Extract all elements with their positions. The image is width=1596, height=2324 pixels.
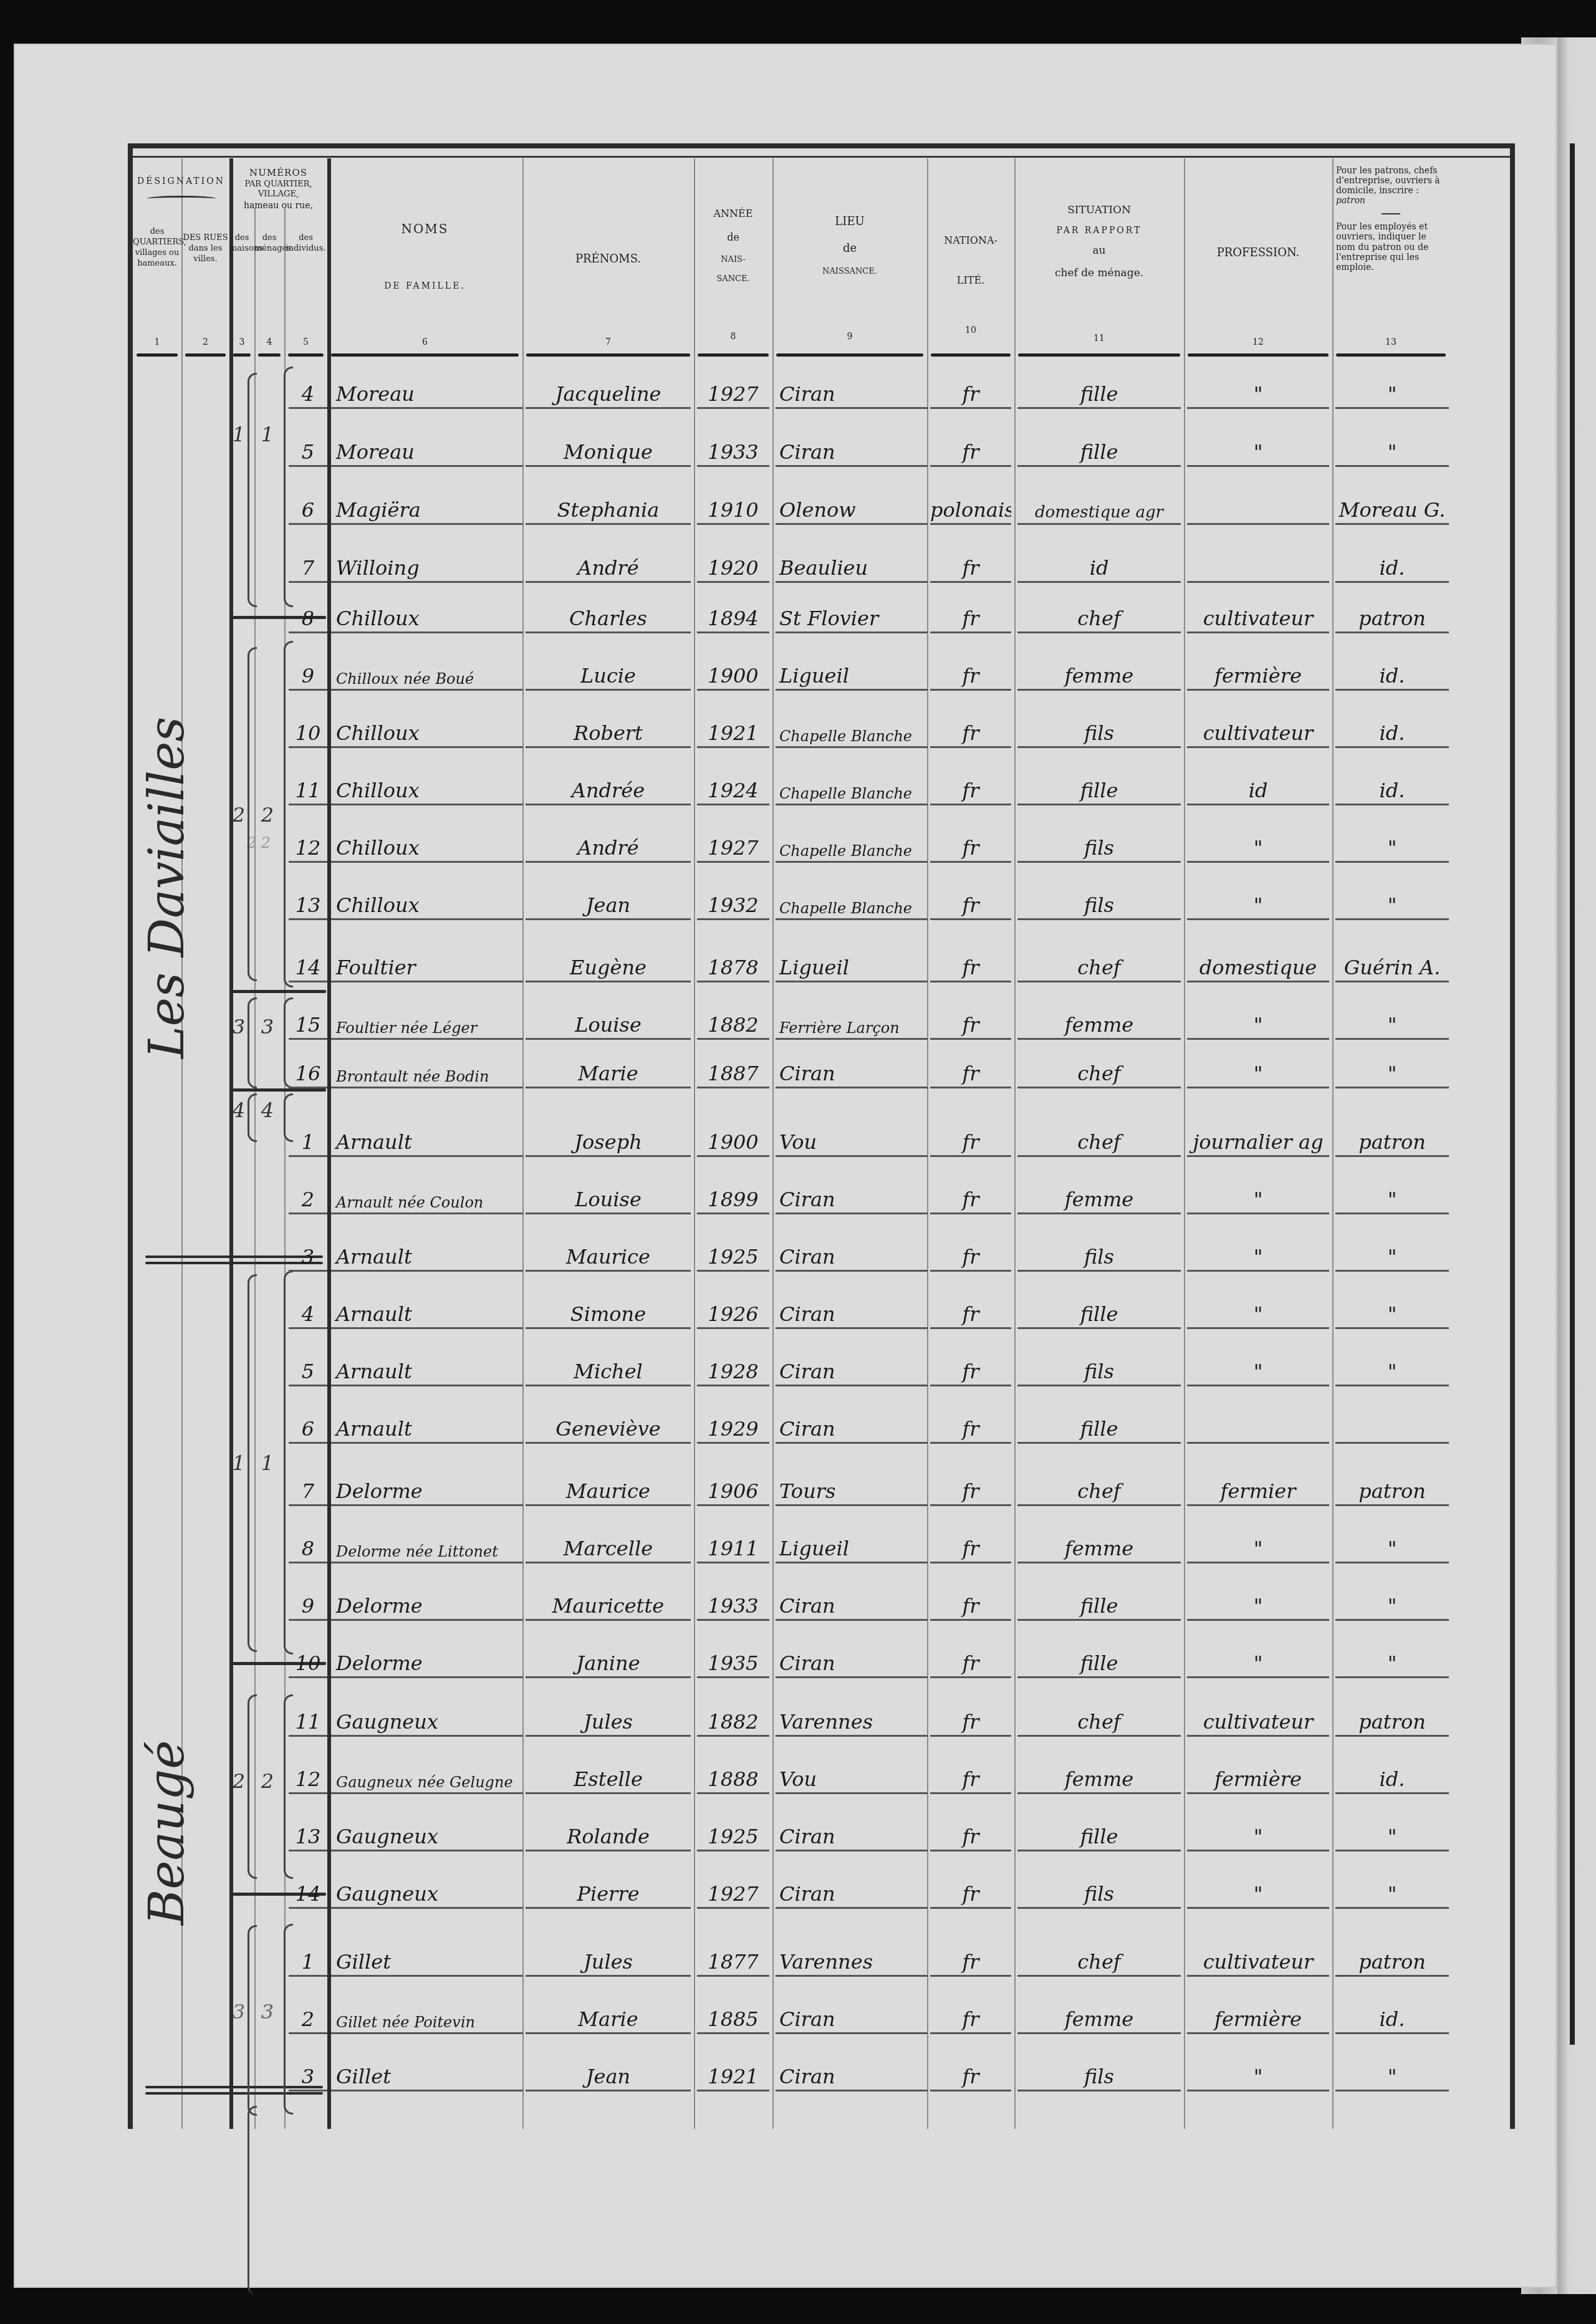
birth-place-cell: Ciran <box>776 1417 928 1444</box>
birth-year-cell: 1933 <box>697 440 769 467</box>
table-header: DÉSIGNATION NUMÉROS PAR QUARTIER, VILLAG… <box>133 158 1510 357</box>
nationality-cell: polonaise <box>930 498 1011 525</box>
household-relation-cell: fils <box>1017 1245 1181 1272</box>
designation-label: DÉSIGNATION <box>133 158 229 187</box>
header-col-6: NOMS DE FAMILLE. 6 <box>327 158 522 357</box>
household-relation-cell: id <box>1017 556 1181 583</box>
birth-year-cell: 1935 <box>697 1651 769 1678</box>
given-name-cell: Rolande <box>526 1825 691 1851</box>
profession-cell: domestique <box>1187 956 1329 982</box>
individual-number-cell: 14 <box>289 1882 327 1909</box>
profession-cell: " <box>1187 1062 1329 1088</box>
individual-number-cell: 9 <box>289 664 327 691</box>
col-11-line3: au <box>1014 240 1184 262</box>
col-13-note1-em: patron <box>1336 196 1365 206</box>
table-row: 3ArnaultMaurice1925Ciranfrfils"" <box>133 1219 1510 1277</box>
employer-cell <box>1335 1441 1449 1444</box>
col-10-number: 10 <box>927 313 1014 348</box>
nationality-cell: fr <box>930 1417 1011 1444</box>
header-col-2: DES RUES dans les villes. 2 <box>181 221 229 357</box>
nationality-cell: fr <box>930 956 1011 982</box>
ornament-divider <box>147 196 216 201</box>
profession-cell: " <box>1187 1882 1329 1909</box>
col-6-subtitle: DE FAMILLE. <box>327 281 522 292</box>
employer-cell: Guérin A. <box>1335 956 1449 982</box>
birth-year-cell: 1920 <box>697 556 769 583</box>
birth-place-cell: Beaulieu <box>776 556 928 583</box>
nationality-cell: fr <box>930 556 1011 583</box>
family-name-cell: Foultier <box>331 956 523 982</box>
employer-cell: patron <box>1335 1710 1449 1737</box>
table-row: 14GaugneuxPierre1927Ciranfrfils"" <box>133 1856 1510 1914</box>
individual-number-cell: 4 <box>289 1302 327 1329</box>
employer-cell: " <box>1335 1537 1449 1563</box>
household-relation-cell: fille <box>1017 1302 1181 1329</box>
birth-year-cell: 1885 <box>697 2007 769 2034</box>
birth-place-cell: St Flovier <box>776 607 928 633</box>
nationality-cell: fr <box>930 1950 1011 1977</box>
employer-cell: " <box>1335 1825 1449 1851</box>
household-relation-cell: fille <box>1017 1825 1181 1851</box>
col-1-title: des QUARTIERS, villages ou hameaux. <box>133 227 181 269</box>
col-8-line4: SANCE. <box>694 269 772 289</box>
table-row: 8Delorme née LittonetMarcelle1911Ligueil… <box>133 1511 1510 1568</box>
col-13-note1: Pour les patrons, chefs d'entreprise, ou… <box>1336 166 1440 196</box>
col-13-number: 13 <box>1332 337 1449 348</box>
table-row: 10DelormeJanine1935Ciranfrfille"" <box>133 1626 1510 1683</box>
header-col-7: PRÉNOMS. 7 <box>522 158 694 357</box>
header-col-9: LIEU de NAISSANCE. 9 <box>772 158 927 357</box>
table-row: 12ChillouxAndré1927Chapelle Blanchefrfil… <box>133 810 1510 868</box>
given-name-cell: Joseph <box>526 1130 691 1157</box>
individual-number-cell: 14 <box>289 956 327 982</box>
nationality-cell: fr <box>930 779 1011 805</box>
col-6-title: NOMS <box>327 221 522 237</box>
individual-number-cell: 2 <box>289 1188 327 1214</box>
birth-place-cell: Ciran <box>776 1062 928 1088</box>
profession-cell: id <box>1187 779 1329 805</box>
table-row: 6ArnaultGeneviève1929Ciranfrfille <box>133 1391 1510 1449</box>
table-row: 5ArnaultMichel1928Ciranfrfils"" <box>133 1334 1510 1391</box>
nationality-cell: fr <box>930 1537 1011 1563</box>
individual-number-cell: 11 <box>289 1710 327 1737</box>
birth-place-cell: Ciran <box>776 2065 928 2091</box>
profession-cell: " <box>1187 1537 1329 1563</box>
family-name-cell: Brontault née Bodin <box>331 1068 523 1088</box>
profession-cell: " <box>1187 893 1329 920</box>
individual-number-cell: 1 <box>289 1950 327 1977</box>
table-row: 4MoreauJacqueline1927Ciranfrfille"" <box>133 357 1510 414</box>
profession-cell: " <box>1187 440 1329 467</box>
birth-year-cell: 1926 <box>697 1302 769 1329</box>
birth-place-cell: Chapelle Blanche <box>776 842 928 863</box>
employer-cell: " <box>1335 382 1449 409</box>
individual-number-cell: 4 <box>289 382 327 409</box>
col-1-number: 1 <box>133 337 181 348</box>
nationality-cell: fr <box>930 1062 1011 1088</box>
given-name-cell: Robert <box>526 721 691 748</box>
profession-cell: " <box>1187 382 1329 409</box>
birth-place-cell: Ciran <box>776 1360 928 1386</box>
profession-cell: fermière <box>1187 2007 1329 2034</box>
profession-cell: fermière <box>1187 1767 1329 1794</box>
given-name-cell: Jean <box>526 893 691 920</box>
birth-year-cell: 1911 <box>697 1537 769 1563</box>
col-7-number: 7 <box>522 337 694 348</box>
table-row: 7DelormeMaurice1906Toursfrcheffermierpat… <box>133 1454 1510 1511</box>
table-row: 7WilloingAndré1920Beaulieufridid. <box>133 531 1510 588</box>
nationality-cell: fr <box>930 1302 1011 1329</box>
numeros-sub2: hameau ou rue, <box>229 200 327 211</box>
birth-year-cell: 1928 <box>697 1360 769 1386</box>
individual-number-cell: 3 <box>289 2065 327 2091</box>
family-name-cell: Gillet <box>331 1950 523 1977</box>
table-row: 4ArnaultSimone1926Ciranfrfille"" <box>133 1277 1510 1334</box>
household-relation-cell: femme <box>1017 1188 1181 1214</box>
nationality-cell: fr <box>930 1767 1011 1794</box>
col-5-title: des individus. <box>284 233 327 254</box>
family-name-cell: Chilloux <box>331 721 523 748</box>
employer-cell: id. <box>1335 779 1449 805</box>
birth-year-cell: 1888 <box>697 1767 769 1794</box>
col-3-title: des maisons. <box>229 233 254 254</box>
birth-year-cell: 1921 <box>697 721 769 748</box>
header-col-1: des QUARTIERS, villages ou hameaux. 1 <box>133 221 181 357</box>
birth-year-cell: 1933 <box>697 1594 769 1621</box>
nationality-cell: fr <box>930 2007 1011 2034</box>
birth-year-cell: 1906 <box>697 1479 769 1506</box>
birth-year-cell: 1882 <box>697 1710 769 1737</box>
table-row: 11GaugneuxJules1882Varennesfrchefcultiva… <box>133 1684 1510 1742</box>
col-12-title: PROFESSION. <box>1184 246 1332 260</box>
individual-number-cell: 10 <box>289 1651 327 1678</box>
given-name-cell: Louise <box>526 1188 691 1214</box>
nationality-cell: fr <box>930 1360 1011 1386</box>
table-row: 12Gaugneux née GelugneEstelle1888Voufrfe… <box>133 1742 1510 1799</box>
individual-number-cell: 2 <box>289 2007 327 2034</box>
col-9-line2: de <box>772 235 927 262</box>
family-name-cell: Gillet née Poitevin <box>331 2014 523 2034</box>
birth-place-cell: Ligueil <box>776 956 928 982</box>
family-name-cell: Gillet <box>331 2065 523 2091</box>
nationality-cell: fr <box>930 1188 1011 1214</box>
household-relation-cell: domestique agr <box>1017 503 1181 525</box>
family-name-cell: Delorme <box>331 1651 523 1678</box>
profession-cell <box>1187 522 1329 525</box>
col-9-line3: NAISSANCE. <box>772 262 927 281</box>
profession-cell: fermière <box>1187 664 1329 691</box>
employer-cell: " <box>1335 440 1449 467</box>
given-name-cell: Pierre <box>526 1882 691 1909</box>
household-relation-cell: fils <box>1017 836 1181 863</box>
birth-year-cell: 1927 <box>697 836 769 863</box>
household-relation-cell: fille <box>1017 1417 1181 1444</box>
household-relation-cell: chef <box>1017 1950 1181 1977</box>
header-col-8: ANNÉE de NAIS- SANCE. 8 <box>694 158 772 357</box>
nationality-cell: fr <box>930 893 1011 920</box>
individual-number-cell: 5 <box>289 440 327 467</box>
profession-cell: " <box>1187 1360 1329 1386</box>
given-name-cell: André <box>526 836 691 863</box>
given-name-cell: Simone <box>526 1302 691 1329</box>
birth-year-cell: 1877 <box>697 1950 769 1977</box>
given-name-cell: Estelle <box>526 1767 691 1794</box>
household-relation-cell: fils <box>1017 721 1181 748</box>
col-4-title: des ménages. <box>254 233 284 254</box>
birth-place-cell: Varennes <box>776 1710 928 1737</box>
given-name-cell: Mauricette <box>526 1594 691 1621</box>
family-name-cell: Chilloux <box>331 893 523 920</box>
col-4-number: 4 <box>254 337 284 348</box>
individual-number-cell: 6 <box>289 498 327 525</box>
nationality-cell: fr <box>930 1479 1011 1506</box>
individual-number-cell: 5 <box>289 1360 327 1386</box>
header-col-11: SITUATION PAR RAPPORT au chef de ménage.… <box>1014 158 1184 357</box>
table-row: 9DelormeMauricette1933Ciranfrfille"" <box>133 1568 1510 1626</box>
employer-cell: patron <box>1335 607 1449 633</box>
given-name-cell: Janine <box>526 1651 691 1678</box>
birth-place-cell: Ciran <box>776 1188 928 1214</box>
table-row: 2Arnault née CoulonLouise1899Ciranfrfemm… <box>133 1162 1510 1219</box>
family-name-cell: Arnault <box>331 1130 523 1157</box>
header-col-13: Pour les patrons, chefs d'entreprise, ou… <box>1332 158 1449 357</box>
given-name-cell: Andrée <box>526 779 691 805</box>
household-relation-cell: fils <box>1017 893 1181 920</box>
col-11-number: 11 <box>1014 330 1184 348</box>
family-name-cell: Arnault <box>331 1360 523 1386</box>
household-relation-cell: femme <box>1017 664 1181 691</box>
birth-place-cell: Ligueil <box>776 1537 928 1563</box>
individual-number-cell: 3 <box>289 1245 327 1272</box>
birth-place-cell: Ciran <box>776 1302 928 1329</box>
employer-cell: id. <box>1335 664 1449 691</box>
nationality-cell: fr <box>930 721 1011 748</box>
nationality-cell: fr <box>930 664 1011 691</box>
household-relation-cell: fille <box>1017 440 1181 467</box>
col-10-title: NATIONA- <box>927 221 1014 261</box>
given-name-cell: Marie <box>526 2007 691 2034</box>
birth-year-cell: 1910 <box>697 498 769 525</box>
family-name-cell: Willoing <box>331 556 523 583</box>
birth-place-cell: Chapelle Blanche <box>776 785 928 805</box>
nationality-cell: fr <box>930 607 1011 633</box>
birth-year-cell: 1887 <box>697 1062 769 1088</box>
adjacent-page-rule <box>1570 143 1575 2045</box>
profession-cell: " <box>1187 1188 1329 1214</box>
header-col-12: PROFESSION. 12 <box>1184 158 1332 357</box>
employer-cell: id. <box>1335 2007 1449 2034</box>
family-name-cell: Gaugneux <box>331 1825 523 1851</box>
household-relation-cell: fille <box>1017 382 1181 409</box>
profession-cell: cultivateur <box>1187 1710 1329 1737</box>
given-name-cell: Eugène <box>526 956 691 982</box>
household-relation-cell: fille <box>1017 1594 1181 1621</box>
table-row: 13ChillouxJean1932Chapelle Blanchefrfils… <box>133 868 1510 925</box>
header-col-4: des ménages. 4 <box>254 221 284 357</box>
household-relation-cell: chef <box>1017 1062 1181 1088</box>
birth-place-cell: Ciran <box>776 1825 928 1851</box>
employer-cell: " <box>1335 2065 1449 2091</box>
individual-number-cell: 7 <box>289 1479 327 1506</box>
family-name-cell: Delorme <box>331 1594 523 1621</box>
birth-year-cell: 1921 <box>697 2065 769 2091</box>
table-row: 10ChillouxRobert1921Chapelle Blanchefrfi… <box>133 696 1510 753</box>
birth-place-cell: Ciran <box>776 1651 928 1678</box>
table-row: 13GaugneuxRolande1925Ciranfrfille"" <box>133 1799 1510 1856</box>
given-name-cell: Geneviève <box>526 1417 691 1444</box>
employer-cell: patron <box>1335 1130 1449 1157</box>
individual-number-cell: 11 <box>289 779 327 805</box>
given-name-cell: Maurice <box>526 1479 691 1506</box>
household-relation-cell: femme <box>1017 2007 1181 2034</box>
household-bracket <box>248 2106 257 2295</box>
individual-number-cell: 8 <box>289 607 327 633</box>
household-relation-cell: fils <box>1017 1882 1181 1909</box>
family-name-cell: Arnault <box>331 1302 523 1329</box>
employer-cell: id. <box>1335 1767 1449 1794</box>
col-8-number: 8 <box>694 327 772 348</box>
given-name-cell: Jean <box>526 2065 691 2091</box>
header-col-10: NATIONA- LITÉ. 10 <box>927 158 1014 357</box>
col-8-line2: de <box>694 226 772 249</box>
given-name-cell: Stephania <box>526 498 691 525</box>
profession-cell: " <box>1187 1651 1329 1678</box>
birth-year-cell: 1925 <box>697 1245 769 1272</box>
header-col-3: des maisons. 3 <box>229 221 254 357</box>
col-6-number: 6 <box>327 337 522 348</box>
birth-place-cell: Olenow <box>776 498 928 525</box>
table-row: 5MoreauMonique1933Ciranfrfille"" <box>133 415 1510 472</box>
given-name-cell: Maurice <box>526 1245 691 1272</box>
col-9-number: 9 <box>772 327 927 348</box>
employer-cell: patron <box>1335 1950 1449 1977</box>
birth-year-cell: 1900 <box>697 1130 769 1157</box>
employer-cell: patron <box>1335 1479 1449 1506</box>
family-name-cell: Delorme <box>331 1479 523 1506</box>
birth-year-cell: 1927 <box>697 382 769 409</box>
employer-cell: " <box>1335 1882 1449 1909</box>
household-relation-cell: femme <box>1017 1537 1181 1563</box>
given-name-cell: Charles <box>526 607 691 633</box>
profession-cell: cultivateur <box>1187 607 1329 633</box>
family-name-cell: Gaugneux née Gelugne <box>331 1774 523 1794</box>
header-designation: DÉSIGNATION <box>133 158 229 218</box>
birth-year-cell: 1927 <box>697 1882 769 1909</box>
employer-cell: " <box>1335 1360 1449 1386</box>
adjacent-page-edge <box>1557 37 1596 2294</box>
individual-number-cell: 12 <box>289 1767 327 1794</box>
employer-cell: " <box>1335 1245 1449 1272</box>
nationality-cell: fr <box>930 1710 1011 1737</box>
family-name-cell: Chilloux <box>331 836 523 863</box>
family-name-cell: Chilloux née Boué <box>331 670 523 691</box>
employer-cell: " <box>1335 1188 1449 1214</box>
col-13-note-employes: Pour les employés et ouvriers, indiquer … <box>1332 214 1449 279</box>
col-13-note-patrons: Pour les patrons, chefs d'entreprise, ou… <box>1332 158 1449 213</box>
table-row: 14FoultierEugène1878Ligueilfrchefdomesti… <box>133 930 1510 987</box>
family-name-cell: Moreau <box>331 382 523 409</box>
household-relation-cell: chef <box>1017 607 1181 633</box>
birth-place-cell: Ciran <box>776 1245 928 1272</box>
table-row: 1GilletJules1877Varennesfrchefcultivateu… <box>133 1924 1510 1982</box>
given-name-cell: Monique <box>526 440 691 467</box>
table-row: 3GilletJean1921Ciranfrfils"" <box>133 2039 1510 2096</box>
family-name-cell: Arnault née Coulon <box>331 1194 523 1214</box>
given-name-cell: Jules <box>526 1950 691 1977</box>
household-relation-cell: chef <box>1017 956 1181 982</box>
nationality-cell: fr <box>930 836 1011 863</box>
table-row: 6MagiëraStephania1910Olenowpolonaisedome… <box>133 473 1510 530</box>
given-name-cell: Jacqueline <box>526 382 691 409</box>
profession-cell: " <box>1187 1594 1329 1621</box>
birth-place-cell: Tours <box>776 1479 928 1506</box>
col-8-title: ANNÉE <box>694 202 772 226</box>
table-row: 2Gillet née PoitevinMarie1885Ciranfrfemm… <box>133 1982 1510 2039</box>
employer-cell: Moreau G. <box>1335 498 1449 525</box>
household-relation-cell: femme <box>1017 1767 1181 1794</box>
individual-number-cell: 7 <box>289 556 327 583</box>
header-col-5: des individus. 5 <box>284 221 327 357</box>
col-2-number: 2 <box>181 337 229 348</box>
nationality-cell: fr <box>930 1651 1011 1678</box>
given-name-cell: Lucie <box>526 664 691 691</box>
profession-cell <box>1187 1441 1329 1444</box>
household-relation-cell: fils <box>1017 2065 1181 2091</box>
birth-place-cell: Ciran <box>776 382 928 409</box>
col-12-number: 12 <box>1184 337 1332 348</box>
birth-place-cell: Ligueil <box>776 664 928 691</box>
col-10-line2: LITÉ. <box>927 261 1014 300</box>
individual-number-cell: 13 <box>289 1825 327 1851</box>
birth-place-cell: Ciran <box>776 440 928 467</box>
profession-cell: fermier <box>1187 1479 1329 1506</box>
birth-year-cell: 1924 <box>697 779 769 805</box>
family-name-cell: Chilloux <box>331 607 523 633</box>
birth-place-cell: Ciran <box>776 1882 928 1909</box>
birth-year-cell: 1925 <box>697 1825 769 1851</box>
profession-cell: cultivateur <box>1187 1950 1329 1977</box>
col-11-title: SITUATION <box>1014 199 1184 222</box>
family-name-cell: Magiëra <box>331 498 523 525</box>
birth-place-cell: Chapelle Blanche <box>776 900 928 920</box>
individual-number-cell: 10 <box>289 721 327 748</box>
family-name-cell: Delorme née Littonet <box>331 1543 523 1563</box>
birth-place-cell: Vou <box>776 1767 928 1794</box>
profession-cell: " <box>1187 1245 1329 1272</box>
employer-cell: " <box>1335 1302 1449 1329</box>
household-relation-cell: chef <box>1017 1710 1181 1737</box>
col-7-title: PRÉNOMS. <box>522 252 694 266</box>
household-relation-cell: chef <box>1017 1479 1181 1506</box>
birth-place-cell: Vou <box>776 1130 928 1157</box>
birth-place-cell: Ciran <box>776 1594 928 1621</box>
individual-number-cell: 6 <box>289 1417 327 1444</box>
nationality-cell: fr <box>930 1882 1011 1909</box>
col-2-title: DES RUES dans les villes. <box>181 233 229 265</box>
profession-cell: " <box>1187 836 1329 863</box>
individual-number-cell: 16 <box>289 1062 327 1088</box>
table-row: 1ArnaultJoseph1900Voufrchefjournalier ag… <box>133 1105 1510 1162</box>
household-relation-cell: chef <box>1017 1130 1181 1157</box>
table-row: 11ChillouxAndrée1924Chapelle Blanchefrfi… <box>133 753 1510 810</box>
birth-year-cell: 1894 <box>697 607 769 633</box>
given-name-cell: Marcelle <box>526 1537 691 1563</box>
birth-place-cell: Varennes <box>776 1950 928 1977</box>
family-name-cell: Moreau <box>331 440 523 467</box>
family-name-cell: Gaugneux <box>331 1882 523 1909</box>
family-name-cell: Gaugneux <box>331 1710 523 1737</box>
profession-cell: " <box>1187 1825 1329 1851</box>
